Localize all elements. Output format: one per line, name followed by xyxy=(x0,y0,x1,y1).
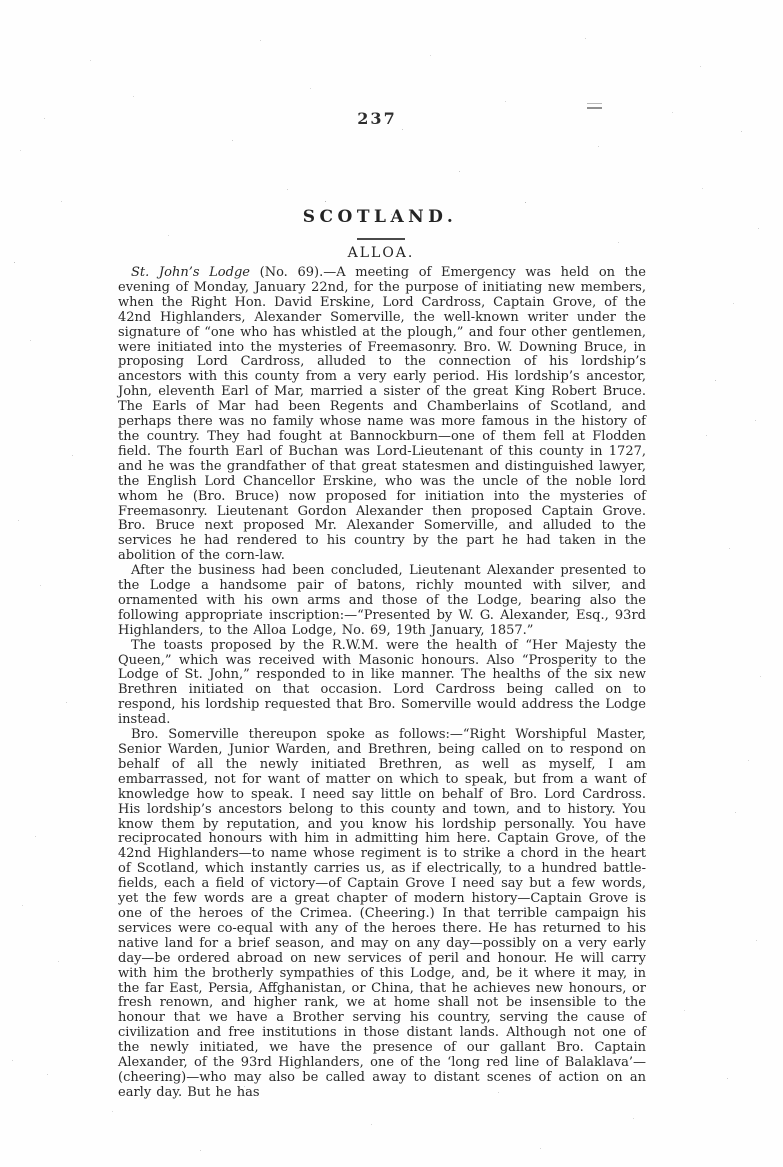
lodge-name-italic: St. John’s Lodge xyxy=(131,265,250,280)
scanned-page: 237 SCOTLAND. ALLOA. St. John’s Lodge (N… xyxy=(0,0,783,1167)
title-rule-divider xyxy=(357,238,405,240)
paragraph-text: (No. 69).—A meeting of Emergency was hel… xyxy=(118,265,646,563)
subsection-title: ALLOA. xyxy=(0,245,762,261)
paragraph-toasts: The toasts proposed by the R.W.M. were t… xyxy=(118,639,646,728)
scan-noise-speckles xyxy=(0,0,1,1)
paragraph-batons-presentation: After the business had been concluded, L… xyxy=(118,564,646,639)
paragraph-lodge-meeting: St. John’s Lodge (No. 69).—A meeting of … xyxy=(118,266,646,564)
paragraph-somerville-speech: Bro. Somerville thereupon spoke as follo… xyxy=(118,728,646,1101)
article-body: St. John’s Lodge (No. 69).—A meeting of … xyxy=(118,266,646,1101)
section-title: SCOTLAND. xyxy=(0,207,760,227)
page-number: 237 xyxy=(0,109,754,128)
